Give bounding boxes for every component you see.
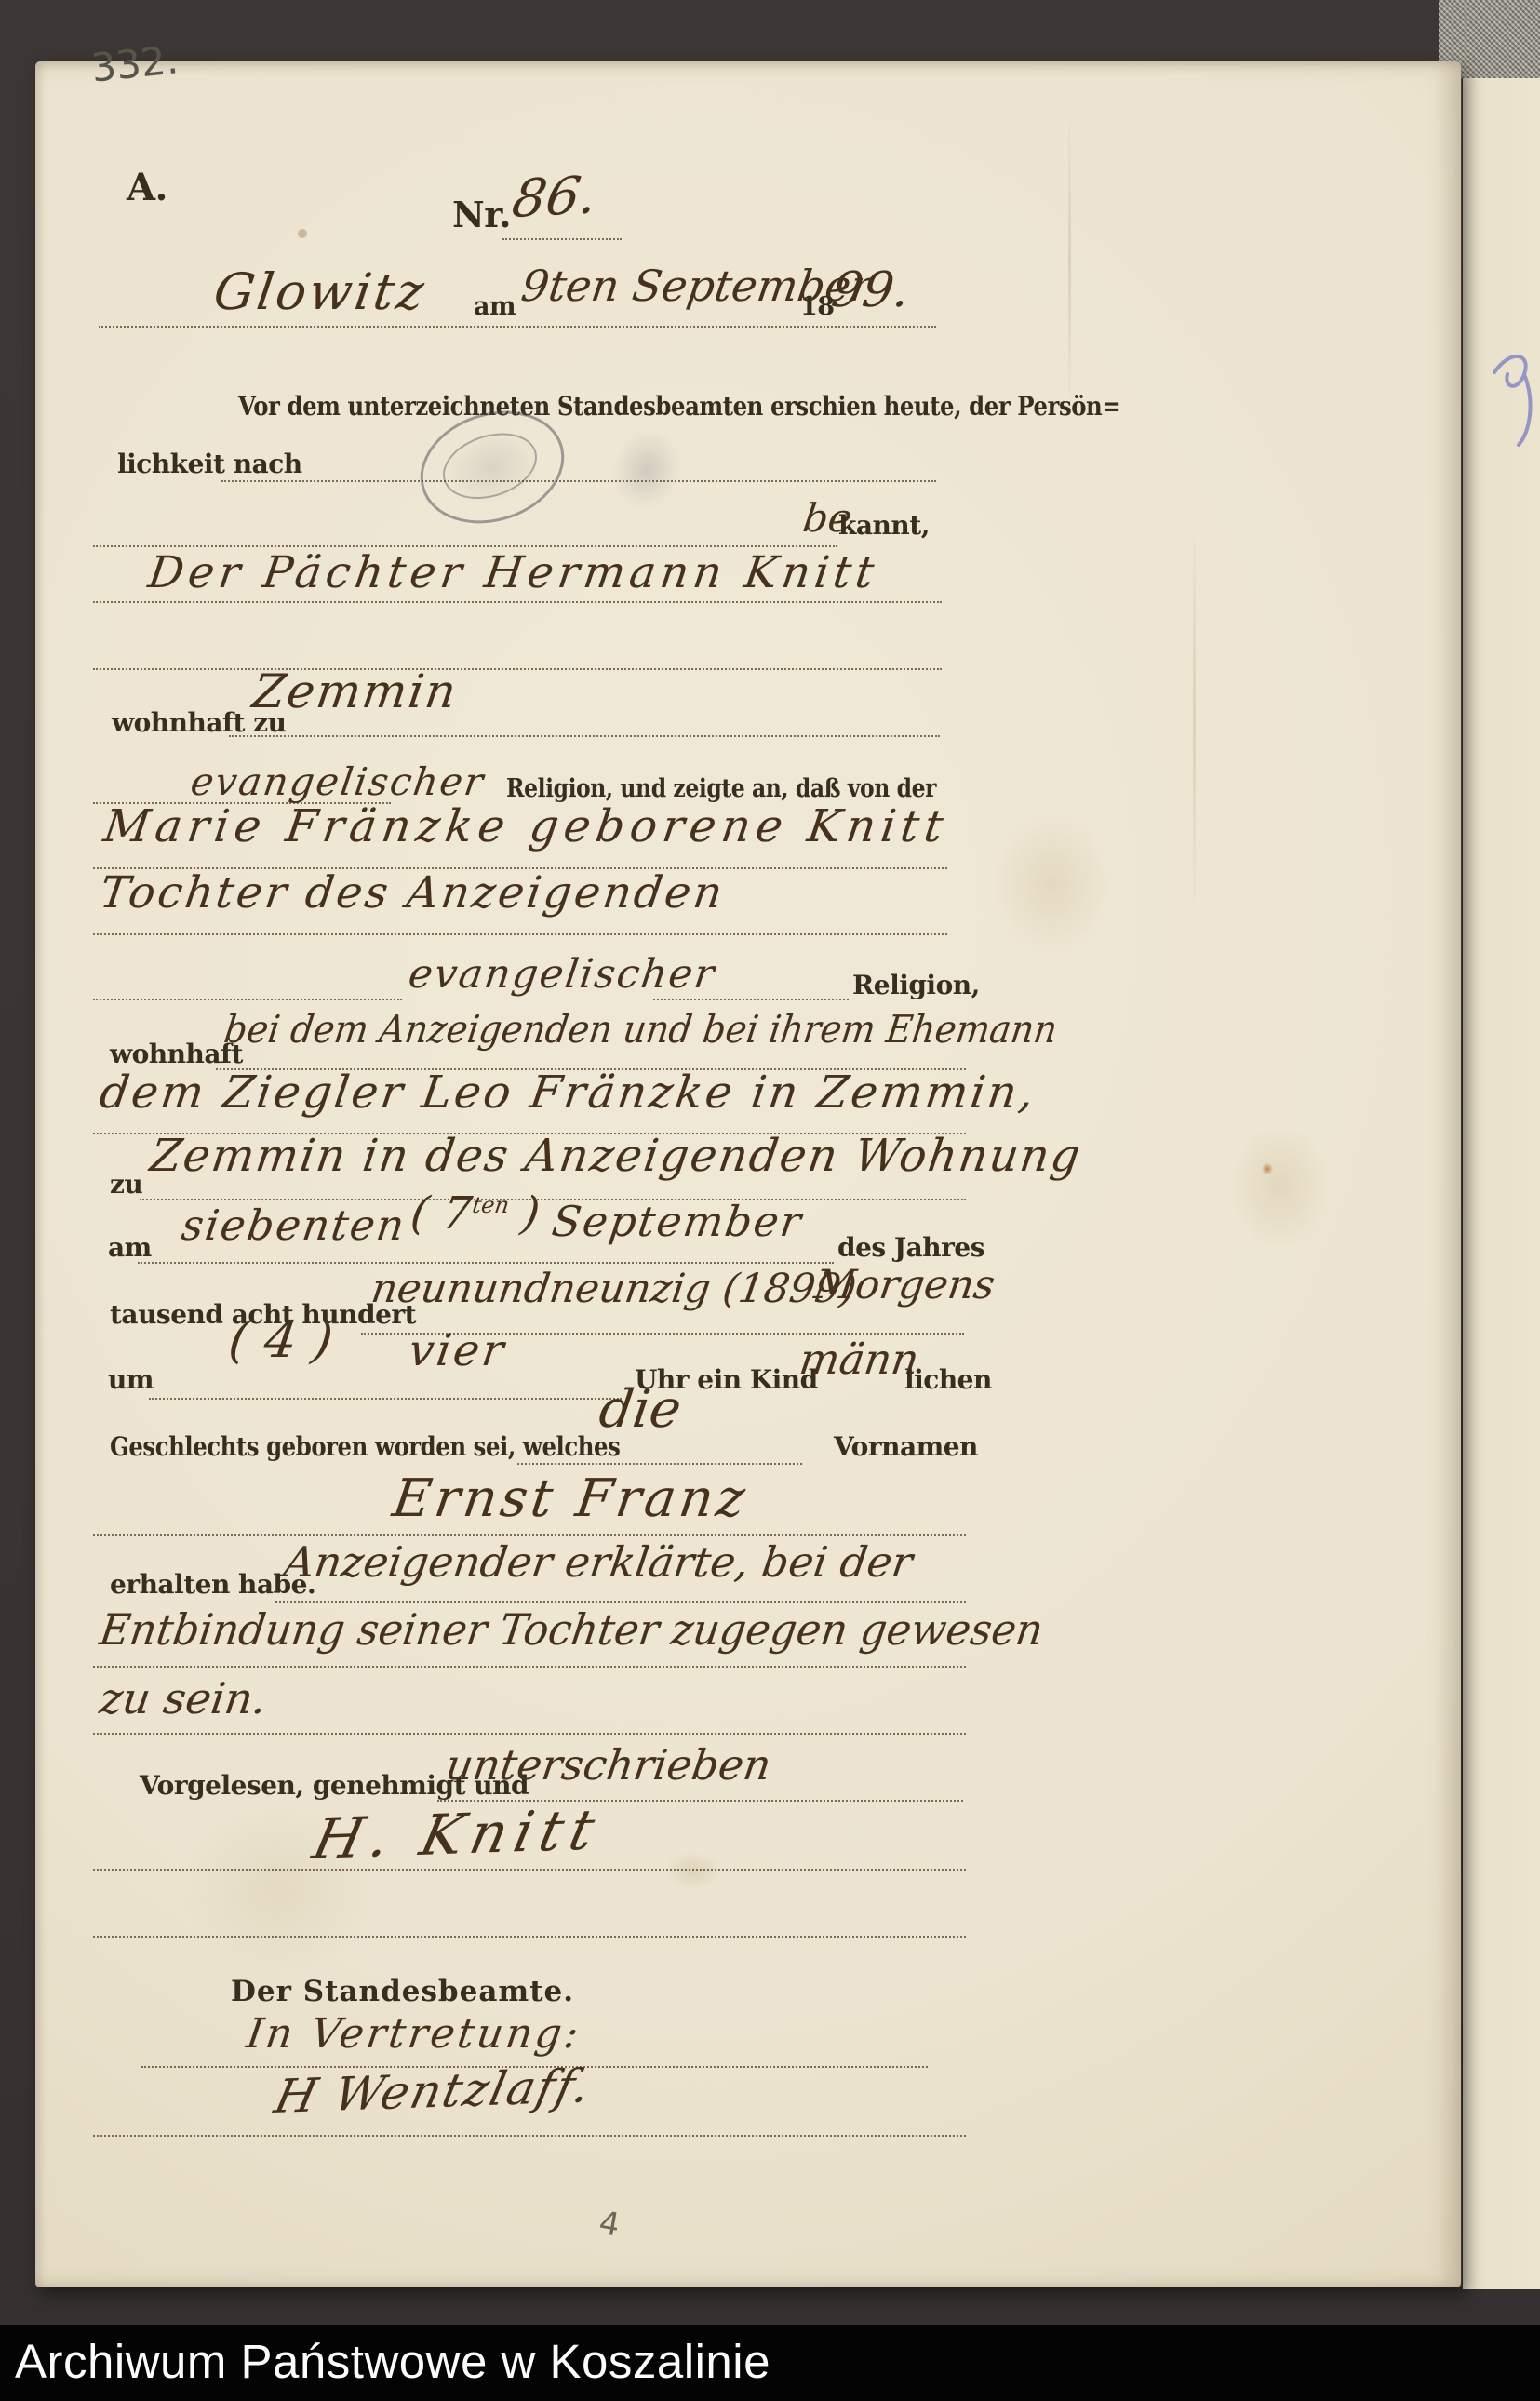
dotted-rule bbox=[517, 1463, 802, 1465]
declarant-entry: Der Pächter Hermann Knitt bbox=[145, 547, 881, 598]
daytime-entry: Morgens bbox=[811, 1262, 998, 1308]
place-entry: Glowitz bbox=[210, 262, 430, 321]
dotted-rule bbox=[653, 999, 849, 1000]
birth-day-word: siebenten bbox=[179, 1200, 409, 1250]
scanned-document-photo: 332. A. Nr. 86. Glowitz am 9ten Septembe… bbox=[0, 0, 1540, 2401]
dotted-rule bbox=[93, 2135, 966, 2137]
dotted-rule bbox=[93, 1936, 966, 1938]
child-name-entry: Ernst Franz bbox=[389, 1469, 752, 1529]
dotted-rule bbox=[275, 1601, 966, 1603]
residence-entry: Zemmin bbox=[249, 664, 462, 718]
printed-vornamen: Vornamen bbox=[834, 1431, 978, 1462]
hour-word-entry: vier bbox=[406, 1325, 510, 1376]
mother-entry: Marie Fränzke geborene Knitt bbox=[100, 800, 952, 852]
dotted-rule bbox=[229, 735, 940, 737]
archive-number: 332. bbox=[89, 36, 181, 91]
residence2-entry: bei dem Anzeigenden und bei ihrem Eheman… bbox=[221, 1007, 1060, 1052]
dotted-rule bbox=[93, 999, 402, 1000]
die-entry: die bbox=[596, 1379, 685, 1440]
husband-entry: dem Ziegler Leo Fränzke in Zemmin, bbox=[97, 1066, 1040, 1119]
dotted-rule bbox=[93, 1534, 966, 1536]
hour-numeral-entry: ( 4 ) bbox=[225, 1310, 337, 1369]
form-letter: A. bbox=[127, 166, 167, 209]
printed-des-jahres: des Jahres bbox=[837, 1232, 984, 1263]
dotted-rule bbox=[502, 238, 622, 240]
dotted-rule bbox=[138, 1262, 834, 1264]
printed-am2: am bbox=[108, 1232, 152, 1263]
printed-zu: zu bbox=[110, 1169, 142, 1200]
day-paren-open: ( 7 bbox=[408, 1187, 475, 1240]
printed-am: am bbox=[474, 292, 516, 321]
paper-crease bbox=[1068, 112, 1071, 409]
blue-pencil-mark bbox=[1487, 346, 1540, 449]
dotted-rule bbox=[93, 1666, 966, 1668]
archive-name: Archiwum Państwowe w Koszalinie bbox=[15, 2325, 770, 2399]
dotted-rule bbox=[93, 601, 942, 603]
printed-religion1: Religion, und zeigte an, daß von der bbox=[506, 774, 936, 803]
deputy-entry: In Vertretung: bbox=[244, 2010, 584, 2058]
declaration-entry: Anzeigender erklärte, bei der bbox=[281, 1537, 916, 1587]
unterschrieben-entry: unterschrieben bbox=[443, 1740, 774, 1790]
year-entry: 99. bbox=[828, 262, 913, 318]
printed-intro-line1: Vor dem unterzeichneten Standesbeamten e… bbox=[238, 391, 1120, 422]
birth-day-numeral: ( 7ten ) bbox=[408, 1187, 543, 1240]
religion1-entry: evangelischer bbox=[188, 759, 488, 804]
archive-watermark-bar: Archiwum Państwowe w Koszalinie bbox=[0, 2325, 1540, 2401]
declarant-signature: H. Knitt bbox=[307, 1797, 608, 1872]
day-ordinal-sup: ten bbox=[471, 1192, 511, 1218]
declaration2-entry: Entbindung seiner Tochter zugegen gewese… bbox=[97, 1604, 1046, 1655]
registrar-signature: H Wentzlaff. bbox=[270, 2059, 596, 2124]
dotted-rule bbox=[99, 326, 936, 328]
record-number-label: Nr. bbox=[452, 194, 511, 235]
birthplace-entry: Zemmin in des Anzeigenden Wohnung bbox=[147, 1130, 1085, 1182]
dotted-rule bbox=[221, 480, 936, 482]
dotted-rule bbox=[93, 1869, 966, 1871]
religion2-entry: evangelischer bbox=[406, 951, 718, 998]
printed-geschlechts: Geschlechts geboren worden sei, welches bbox=[110, 1431, 620, 1462]
printed-intro-line2: lichkeit nach bbox=[117, 449, 302, 479]
record-number-value: 86. bbox=[508, 165, 601, 230]
printed-um: um bbox=[108, 1364, 154, 1395]
dotted-rule bbox=[93, 933, 947, 935]
dotted-rule bbox=[149, 1398, 622, 1400]
printed-lichen: lichen bbox=[904, 1364, 992, 1395]
dotted-rule bbox=[93, 668, 942, 670]
birth-year-entry: neunundneunzig (1899) bbox=[368, 1266, 860, 1312]
declaration3-entry: zu sein. bbox=[97, 1673, 270, 1724]
mother-relation-entry: Tochter des Anzeigenden bbox=[97, 867, 729, 919]
birth-month-entry: September bbox=[549, 1197, 806, 1246]
printed-registrar-title: Der Standesbeamte. bbox=[231, 1975, 574, 2008]
dotted-rule bbox=[93, 1733, 966, 1735]
gender-entry: männ bbox=[797, 1335, 922, 1384]
paper-crease bbox=[1193, 521, 1196, 921]
printed-kannt: kannt, bbox=[838, 510, 930, 541]
printed-religion2: Religion, bbox=[852, 970, 980, 1000]
